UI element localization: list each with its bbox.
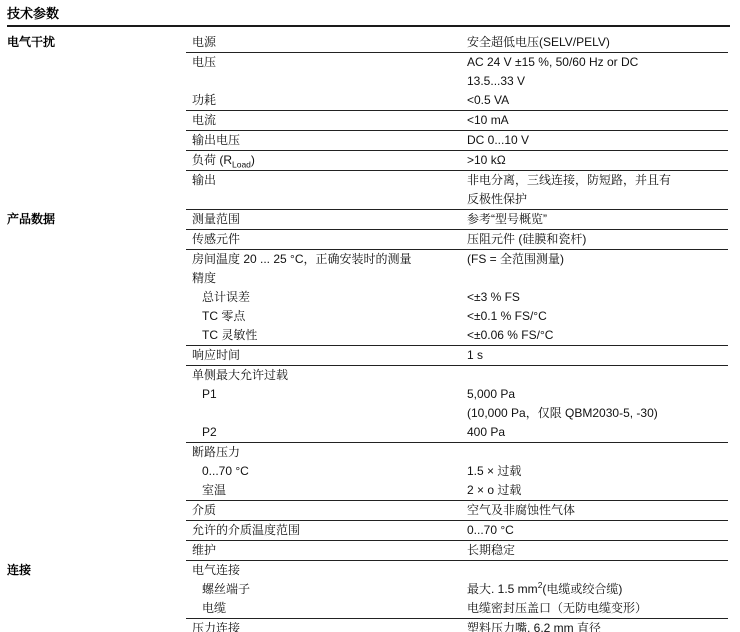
param-label: 电源 xyxy=(186,33,467,52)
section-connection: 连接 电气连接 螺丝端子 最大. 1.5 mm2(电缆或绞合缆) 电缆 电缆密封… xyxy=(0,561,740,632)
param-label: 功耗 xyxy=(186,91,467,110)
param-label: 维护 xyxy=(186,541,467,560)
row-power-consumption: 功耗 <0.5 VA xyxy=(186,91,728,111)
param-label: 测量范围 xyxy=(186,210,467,229)
value-line: (10,000 Pa，仅限 QBM2030-5, -30) xyxy=(467,404,728,423)
label-line: 精度 xyxy=(192,269,467,288)
param-label: 断路压力 xyxy=(186,443,467,462)
spec-table: 电源 安全超低电压(SELV/PELV) 电压 AC 24 V ±15 %, 5… xyxy=(186,33,728,210)
row-medium: 介质 空气及非腐蚀性气体 xyxy=(186,501,728,521)
value-text: (电缆或绞合缆) xyxy=(542,582,622,596)
param-value: 长期稳定 xyxy=(467,541,728,560)
param-label: 负荷 (RLoad) xyxy=(186,151,467,170)
param-label: 0...70 °C xyxy=(186,462,467,481)
row-burst-pressure-header: 断路压力 xyxy=(186,443,728,462)
param-label: 室温 xyxy=(186,481,467,500)
row-measuring-range: 测量范围 参考“型号概览” xyxy=(186,210,728,230)
param-label: 房间温度 20 ... 25 °C，正确安装时的测量 精度 xyxy=(186,250,467,288)
row-burst-0-70: 0...70 °C 1.5 × 过载 xyxy=(186,462,728,481)
section-product-data: 产品数据 测量范围 参考“型号概览” 传感元件 压阻元件 (硅膜和瓷杆) 房间温… xyxy=(0,210,740,561)
spec-table: 电气连接 螺丝端子 最大. 1.5 mm2(电缆或绞合缆) 电缆 电缆密封压盖口… xyxy=(186,561,728,632)
row-overload-p2: P2 400 Pa xyxy=(186,423,728,443)
param-value: <±0.06 % FS/°C xyxy=(467,326,728,345)
param-value: 参考“型号概览” xyxy=(467,210,728,229)
label-subscript: Load xyxy=(232,159,251,169)
datasheet-page: 技术参数 电气干扰 电源 安全超低电压(SELV/PELV) 电压 AC 24 … xyxy=(0,0,740,632)
param-label: P2 xyxy=(186,423,467,442)
param-label: 电压 xyxy=(186,53,467,91)
param-label: 输出电压 xyxy=(186,131,467,150)
param-value: 塑料压力嘴, 6.2 mm 直径 xyxy=(467,619,728,632)
param-value: (FS = 全范围测量) xyxy=(467,250,728,288)
section-electrical-interference: 电气干扰 电源 安全超低电压(SELV/PELV) 电压 AC 24 V ±15… xyxy=(0,33,740,210)
param-label: 电缆 xyxy=(186,599,467,618)
row-output-voltage: 输出电压 DC 0...10 V xyxy=(186,131,728,151)
param-value: 最大. 1.5 mm2(电缆或绞合缆) xyxy=(467,580,728,599)
param-value: DC 0...10 V xyxy=(467,131,728,150)
row-max-overload-header: 单侧最大允许过载 xyxy=(186,366,728,385)
param-value: <10 mA xyxy=(467,111,728,130)
param-label: 响应时间 xyxy=(186,346,467,365)
param-label: 螺丝端子 xyxy=(186,580,467,599)
spec-table: 测量范围 参考“型号概览” 传感元件 压阻元件 (硅膜和瓷杆) 房间温度 20 … xyxy=(186,210,728,561)
param-value xyxy=(467,366,728,385)
value-text: 最大. 1.5 mm xyxy=(467,582,538,596)
row-load: 负荷 (RLoad) >10 kΩ xyxy=(186,151,728,171)
row-sensing-element: 传感元件 压阻元件 (硅膜和瓷杆) xyxy=(186,230,728,250)
param-value: >10 kΩ xyxy=(467,151,728,170)
row-response-time: 响应时间 1 s xyxy=(186,346,728,366)
row-electrical-connection-header: 电气连接 xyxy=(186,561,728,580)
value-line: 反极性保护 xyxy=(467,190,728,209)
param-label: 电流 xyxy=(186,111,467,130)
param-value xyxy=(467,443,728,462)
param-value: 2 × o 过载 xyxy=(467,481,728,500)
param-label: 传感元件 xyxy=(186,230,467,249)
row-total-error: 总计误差 <±3 % FS xyxy=(186,288,728,307)
row-accuracy-header: 房间温度 20 ... 25 °C，正确安装时的测量 精度 (FS = 全范围测… xyxy=(186,250,728,288)
param-value: 空气及非腐蚀性气体 xyxy=(467,501,728,520)
section-label-electrical-interference: 电气干扰 xyxy=(0,33,186,210)
row-screw-terminals: 螺丝端子 最大. 1.5 mm2(电缆或绞合缆) xyxy=(186,580,728,599)
param-value: 1 s xyxy=(467,346,728,365)
row-current: 电流 <10 mA xyxy=(186,111,728,131)
param-value: 0...70 °C xyxy=(467,521,728,540)
param-value: 400 Pa xyxy=(467,423,728,442)
spec-document: 电气干扰 电源 安全超低电压(SELV/PELV) 电压 AC 24 V ±15… xyxy=(0,27,740,632)
row-pressure-connection: 压力连接 塑料压力嘴, 6.2 mm 直径 xyxy=(186,619,728,632)
row-medium-temp-range: 允许的介质温度范围 0...70 °C xyxy=(186,521,728,541)
param-value: 5,000 Pa (10,000 Pa，仅限 QBM2030-5, -30) xyxy=(467,385,728,423)
param-value: 非电分离，三线连接，防短路，并且有 反极性保护 xyxy=(467,171,728,209)
value-line: 非电分离，三线连接，防短路，并且有 xyxy=(467,171,728,190)
param-label: 允许的介质温度范围 xyxy=(186,521,467,540)
param-label: 总计误差 xyxy=(186,288,467,307)
param-label: 压力连接 xyxy=(186,619,467,632)
param-label: P1 xyxy=(186,385,467,423)
value-line: 13.5...33 V xyxy=(467,72,728,91)
param-label: 介质 xyxy=(186,501,467,520)
section-label-product-data: 产品数据 xyxy=(0,210,186,561)
param-value xyxy=(467,561,728,580)
row-cable: 电缆 电缆密封压盖口（无防电缆变形） xyxy=(186,599,728,619)
param-value: 安全超低电压(SELV/PELV) xyxy=(467,33,728,52)
page-title: 技术参数 xyxy=(0,0,740,25)
param-label: TC 零点 xyxy=(186,307,467,326)
row-voltage: 电压 AC 24 V ±15 %, 50/60 Hz or DC 13.5...… xyxy=(186,53,728,91)
label-line: 房间温度 20 ... 25 °C，正确安装时的测量 xyxy=(192,250,467,269)
param-value: <0.5 VA xyxy=(467,91,728,110)
row-power-supply: 电源 安全超低电压(SELV/PELV) xyxy=(186,33,728,53)
value-line: AC 24 V ±15 %, 50/60 Hz or DC xyxy=(467,53,728,72)
param-value: 电缆密封压盖口（无防电缆变形） xyxy=(467,599,728,618)
row-burst-room-temp: 室温 2 × o 过载 xyxy=(186,481,728,501)
param-value: <±0.1 % FS/°C xyxy=(467,307,728,326)
row-maintenance: 维护 长期稳定 xyxy=(186,541,728,561)
label-text: ) xyxy=(251,153,255,167)
row-tc-sensitivity: TC 灵敏性 <±0.06 % FS/°C xyxy=(186,326,728,346)
row-overload-p1: P1 5,000 Pa (10,000 Pa，仅限 QBM2030-5, -30… xyxy=(186,385,728,423)
param-label: TC 灵敏性 xyxy=(186,326,467,345)
param-value: 压阻元件 (硅膜和瓷杆) xyxy=(467,230,728,249)
section-label-connection: 连接 xyxy=(0,561,186,632)
label-text: 负荷 (R xyxy=(192,153,232,167)
param-value: <±3 % FS xyxy=(467,288,728,307)
param-value: 1.5 × 过载 xyxy=(467,462,728,481)
param-value: AC 24 V ±15 %, 50/60 Hz or DC 13.5...33 … xyxy=(467,53,728,91)
param-label: 输出 xyxy=(186,171,467,209)
param-label: 单侧最大允许过载 xyxy=(186,366,467,385)
row-output: 输出 非电分离，三线连接，防短路，并且有 反极性保护 xyxy=(186,171,728,210)
value-line: 5,000 Pa xyxy=(467,385,728,404)
row-tc-zero: TC 零点 <±0.1 % FS/°C xyxy=(186,307,728,326)
param-label: 电气连接 xyxy=(186,561,467,580)
